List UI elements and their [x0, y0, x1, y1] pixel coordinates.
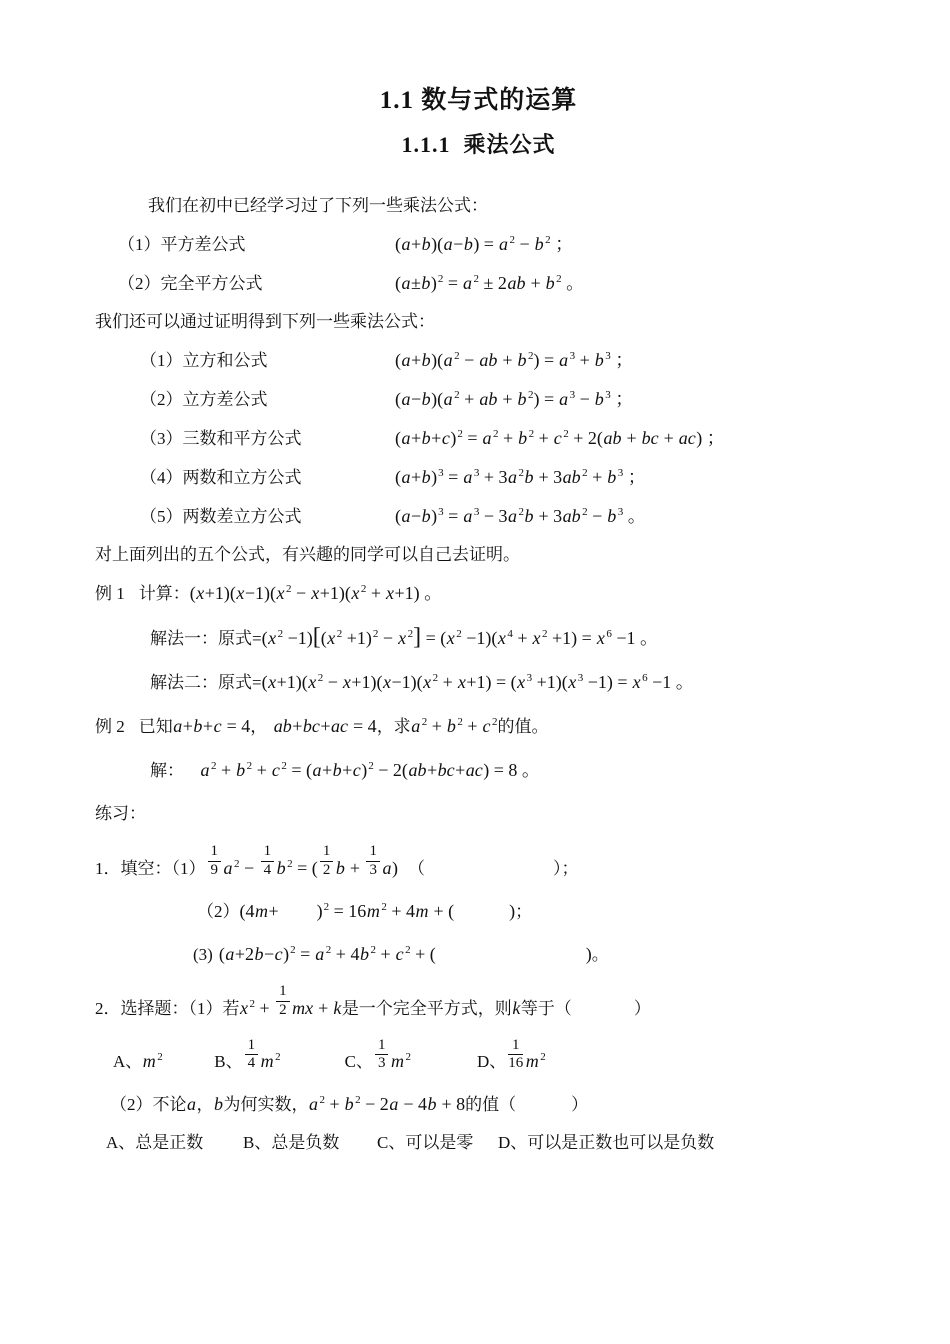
example-1-solution-2: 解法二：原式=(x+1)(x2 − x+1)(x−1)(x2 + x+1) = … — [150, 669, 862, 696]
math-segment: (a−b)(a2 + ab + b2) = a3 − b3 ； — [395, 386, 633, 412]
text-segment: 计算： — [139, 581, 190, 607]
known-formula-row-2: （2）完全平方公式(a±b)2 = a2 ± 2ab + b2 。 — [118, 270, 862, 297]
math-segment: a2 + b2 + c2 = (a+b+c)2 − 2(ab+bc+ac) = … — [200, 757, 540, 783]
exercise-1-blank-3: (3)(a+2b−c)2 = a2 + 4b2 + c2 + ()。 — [193, 941, 862, 968]
text-segment: D、可以是正数也可以是负数 — [498, 1130, 714, 1156]
text-segment: （ — [408, 856, 425, 882]
text-segment: （5）两数差立方公式 — [140, 504, 395, 530]
text-segment: （2）完全平方公式 — [118, 271, 395, 297]
math-segment: a2 + b2 − 2a − 4b + 8 — [309, 1091, 466, 1117]
example-2-solution: 解：a2 + b2 + c2 = (a+b+c)2 − 2(ab+bc+ac) … — [150, 757, 862, 784]
text-segment: 我们还可以通过证明得到下列一些乘法公式： — [95, 309, 435, 335]
text-segment: 的值。 — [498, 714, 549, 740]
text-segment: （1）立方和公式 — [140, 348, 395, 374]
math-segment: m2 — [142, 1048, 214, 1074]
math-segment: (x2 −1)[(x2 +1)2 − x2] = (x2 −1)(x4 + x2… — [262, 624, 658, 651]
math-segment: 19a2 − 14b2 = (12b + 13a) — [206, 844, 398, 881]
text-segment: A、 — [113, 1049, 142, 1075]
text-segment: （4）两数和立方公式 — [140, 465, 395, 491]
exercise-2-choice-2: （2）不论a，b为何实数，a2 + b2 − 2a − 4b + 8的值（） — [110, 1091, 862, 1118]
math-segment: (x+1)(x−1)(x2 − x+1)(x2 + x+1) 。 — [190, 580, 442, 606]
math-segment: (a±b)2 = a2 ± 2ab + b2 。 — [395, 270, 584, 296]
text-segment: ）； — [553, 856, 579, 882]
document-body: 我们在初中已经学习过了下列一些乘法公式：（1）平方差公式(a+b)(a−b) =… — [95, 193, 862, 1156]
math-segment: (a+b)(a2 − ab + b2) = a3 + b3 ； — [395, 347, 633, 373]
text-segment: 我们在初中已经学习过了下列一些乘法公式： — [148, 193, 488, 219]
fraction: 13 — [366, 844, 380, 879]
math-segment: k — [512, 995, 521, 1021]
example-1: 例 1计算：(x+1)(x−1)(x2 − x+1)(x2 + x+1) 。 — [95, 580, 862, 607]
intro-known-formulas: 我们在初中已经学习过了下列一些乘法公式： — [148, 193, 862, 219]
text-segment: ，求 — [377, 714, 411, 740]
math-segment: (a+b)3 = a3 + 3a2b + 3ab2 + b3 ； — [395, 464, 646, 490]
math-segment: )2 = 16m2 + 4m + ( — [317, 898, 454, 924]
math-segment: a — [187, 1091, 197, 1117]
text-segment: 例 2 — [95, 714, 125, 740]
text-segment: 等于（ — [521, 996, 572, 1022]
text-segment: ） — [571, 1092, 588, 1118]
text-segment: 1．填空：（1） — [95, 856, 206, 882]
exercise-1-blank-2: （2）(4m+)2 = 16m2 + 4m + ()； — [197, 898, 862, 925]
text-segment: 。 — [592, 942, 609, 968]
text-segment: 是一个完全平方式，则 — [342, 996, 512, 1022]
text-segment: 为何实数， — [224, 1092, 309, 1118]
math-segment: 14m2 — [243, 1038, 345, 1075]
proved-formula-row-1: （1）立方和公式(a+b)(a2 − ab + b2) = a3 + b3 ； — [140, 347, 862, 374]
proved-formula-row-4: （4）两数和立方公式(a+b)3 = a3 + 3a2b + 3ab2 + b3… — [140, 464, 862, 491]
text-segment: C、可以是零 — [377, 1130, 498, 1156]
section-title: 1.1.1 乘法公式 — [95, 130, 862, 160]
text-segment: 已知 — [139, 714, 173, 740]
math-segment: 13m2 — [373, 1038, 477, 1075]
math-segment: (a+b+c)2 = a2 + b2 + c2 + 2(ab + bc + ac… — [395, 425, 725, 451]
fraction: 19 — [208, 844, 222, 879]
proved-formula-row-3: （3）三数和平方公式(a+b+c)2 = a2 + b2 + c2 + 2(ab… — [140, 425, 862, 452]
chapter-title: 1.1 数与式的运算 — [95, 84, 862, 118]
proved-formula-row-2: （2）立方差公式(a−b)(a2 + ab + b2) = a3 − b3 ； — [140, 386, 862, 413]
text-segment: 练习： — [95, 801, 146, 827]
text-segment: 2．选择题：（1）若 — [95, 996, 240, 1022]
fraction: 12 — [276, 984, 290, 1019]
fraction: 14 — [245, 1038, 259, 1073]
text-segment: ） — [634, 996, 651, 1022]
math-segment: a2 + b2 + c2 — [411, 713, 498, 739]
text-segment: （3）三数和平方公式 — [140, 426, 395, 452]
fraction: 14 — [261, 844, 275, 879]
math-segment: ab+bc+ac = 4 — [273, 713, 376, 739]
text-segment: A、总是正数 — [106, 1130, 243, 1156]
exercise-2-choice-2-options: A、总是正数B、总是负数C、可以是零D、可以是正数也可以是负数 — [106, 1130, 862, 1156]
math-segment: a+b+c = 4 — [173, 713, 250, 739]
text-segment: ； — [515, 899, 532, 925]
text-segment: 的值（ — [465, 1092, 516, 1118]
example-1-solution-1: 解法一：原式=(x2 −1)[(x2 +1)2 − x2] = (x2 −1)(… — [150, 624, 862, 652]
note-self-proof: 对上面列出的五个公式，有兴趣的同学可以自己去证明。 — [95, 542, 862, 568]
math-segment: (a−b)3 = a3 − 3a2b + 3ab2 − b3 。 — [395, 503, 646, 529]
text-segment: B、 — [214, 1049, 242, 1075]
math-segment: b — [214, 1091, 224, 1117]
text-segment: C、 — [345, 1049, 373, 1075]
text-segment: （2） — [197, 899, 240, 925]
math-segment: (4m+ — [240, 898, 279, 924]
fraction: 116 — [508, 1038, 523, 1073]
example-2: 例 2已知a+b+c = 4，ab+bc+ac = 4，求a2 + b2 + c… — [95, 713, 862, 740]
practice-heading: 练习： — [95, 801, 862, 827]
text-segment: 解法一：原式= — [150, 626, 262, 652]
math-segment: (x+1)(x2 − x+1)(x−1)(x2 + x+1) = (x3 +1)… — [262, 669, 694, 695]
known-formula-row-1: （1）平方差公式(a+b)(a−b) = a2 − b2 ； — [118, 231, 862, 258]
text-segment: 对上面列出的五个公式，有兴趣的同学可以自己去证明。 — [95, 542, 520, 568]
text-segment: 解： — [150, 758, 184, 784]
proved-formula-row-5: （5）两数差立方公式(a−b)3 = a3 − 3a2b + 3ab2 − b3… — [140, 503, 862, 530]
text-segment: D、 — [477, 1049, 506, 1075]
document-page: 1.1 数与式的运算 1.1.1 乘法公式 我们在初中已经学习过了下列一些乘法公… — [0, 0, 950, 1344]
math-segment: (a+b)(a−b) = a2 − b2 ； — [395, 231, 573, 257]
text-segment: ， — [250, 714, 267, 740]
fraction: 12 — [320, 844, 334, 879]
text-segment: （1）平方差公式 — [118, 232, 395, 258]
text-segment: B、总是负数 — [243, 1130, 377, 1156]
math-segment: 116m2 — [506, 1038, 546, 1075]
text-segment: (3) — [193, 942, 213, 968]
fraction: 13 — [375, 1038, 389, 1073]
math-segment: (a+2b−c)2 = a2 + 4b2 + c2 + ( — [219, 941, 436, 967]
text-segment: ， — [197, 1092, 214, 1118]
text-segment: 解法二：原式= — [150, 670, 262, 696]
intro-proved-formulas: 我们还可以通过证明得到下列一些乘法公式： — [95, 309, 862, 335]
text-segment: （2）立方差公式 — [140, 387, 395, 413]
exercise-2-choice-1: 2．选择题：（1）若x2 + 12mx + k是一个完全平方式，则k等于（） — [95, 984, 862, 1022]
text-segment: 例 1 — [95, 581, 125, 607]
exercise-1-blank-1: 1．填空：（1）19a2 − 14b2 = (12b + 13a)（）； — [95, 844, 862, 882]
text-segment: （2）不论 — [110, 1092, 187, 1118]
math-segment: x2 + 12mx + k — [240, 984, 342, 1021]
exercise-2-choice-1-options: A、m2B、14m2C、13m2D、116m2 — [113, 1038, 862, 1076]
